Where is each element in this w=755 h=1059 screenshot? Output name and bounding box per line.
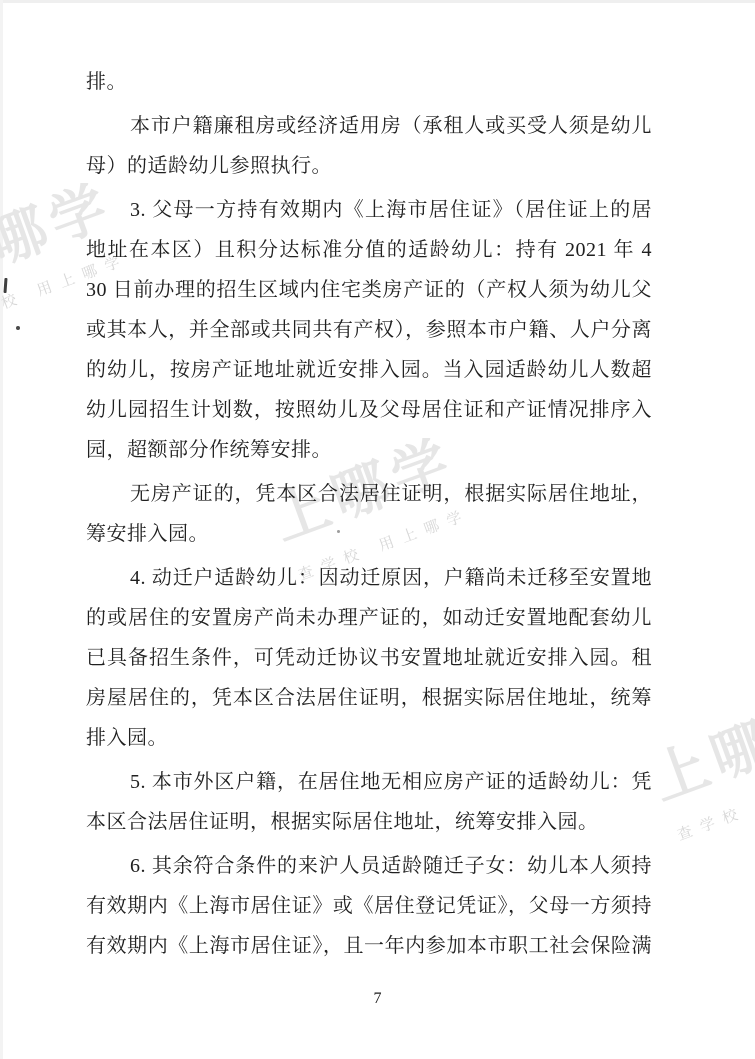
scan-edge-top	[0, 0, 755, 3]
scan-edge-left	[0, 0, 3, 1059]
text-line: 4. 动迁户适龄幼儿：因动迁原因，户籍尚未迁移至安置地	[86, 558, 652, 598]
text-line: 排入园。	[86, 718, 652, 758]
text-line: 母）的适龄幼儿参照执行。	[86, 146, 652, 186]
scan-artifact	[16, 326, 20, 330]
watermark: 上哪学 查学校 用上哪学	[645, 692, 755, 844]
text-line: 本市户籍廉租房或经济适用房（承租人或买受人须是幼儿父	[86, 106, 652, 146]
text-line: 6. 其余符合条件的来沪人员适龄随迁子女：幼儿本人须持	[86, 846, 652, 886]
text-line: 房屋居住的，凭本区合法居住证明，根据实际居住地址，统筹安	[86, 678, 652, 718]
text-line: 园，超额部分作统筹安排。	[86, 430, 652, 470]
watermark-tagline-text: 查学校 用上哪学	[675, 766, 755, 843]
text-line: 的幼儿，按房产证地址就近安排入园。当入园适龄幼儿人数超出	[86, 350, 652, 390]
page-number: 7	[0, 990, 755, 1008]
watermark-brand-text: 上哪学	[645, 692, 755, 809]
text-line: 3. 父母一方持有效期内《上海市居住证》（居住证上的居住	[86, 190, 652, 230]
text-line: 已具备招生条件，可凭动迁协议书安置地址就近安排入园。租赁	[86, 638, 652, 678]
text-line: 无房产证的，凭本区合法居住证明，根据实际居住地址，统	[86, 474, 652, 514]
text-line: 幼儿园招生计划数，按照幼儿及父母居住证和产证情况排序入	[86, 390, 652, 430]
text-line: 本区合法居住证明，根据实际居住地址，统筹安排入园。	[86, 802, 652, 842]
text-line: 有效期内《上海市居住证》或《居住登记凭证》，父母一方须持	[86, 886, 652, 926]
text-line: 30 日前办理的招生区域内住宅类房产证的（产权人须为幼儿父母	[86, 270, 652, 310]
text-line: 或其本人，并全部或共同共有产权），参照本市户籍、人户分离	[86, 310, 652, 350]
document-text: 排。本市户籍廉租房或经济适用房（承租人或买受人须是幼儿父母）的适龄幼儿参照执行。…	[86, 62, 652, 966]
text-line: 筹安排入园。	[86, 514, 652, 554]
text-line: 的或居住的安置房产尚未办理产证的，如动迁安置地配套幼儿园	[86, 598, 652, 638]
scanned-document-page: 上哪学 查学校 用上哪学 上哪学 查学校 用上哪学 上哪学 查学校 用上哪学 排…	[0, 0, 755, 1059]
text-line: 5. 本市外区户籍，在居住地无相应房产证的适龄幼儿：凭	[86, 762, 652, 802]
text-line: 有效期内《上海市居住证》，且一年内参加本市职工社会保险满	[86, 926, 652, 966]
text-line: 地址在本区）且积分达标准分值的适龄幼儿：持有 2021 年 4 月	[86, 230, 652, 270]
scan-artifact	[337, 530, 340, 533]
text-line: 排。	[86, 62, 652, 102]
scan-artifact	[3, 278, 7, 293]
